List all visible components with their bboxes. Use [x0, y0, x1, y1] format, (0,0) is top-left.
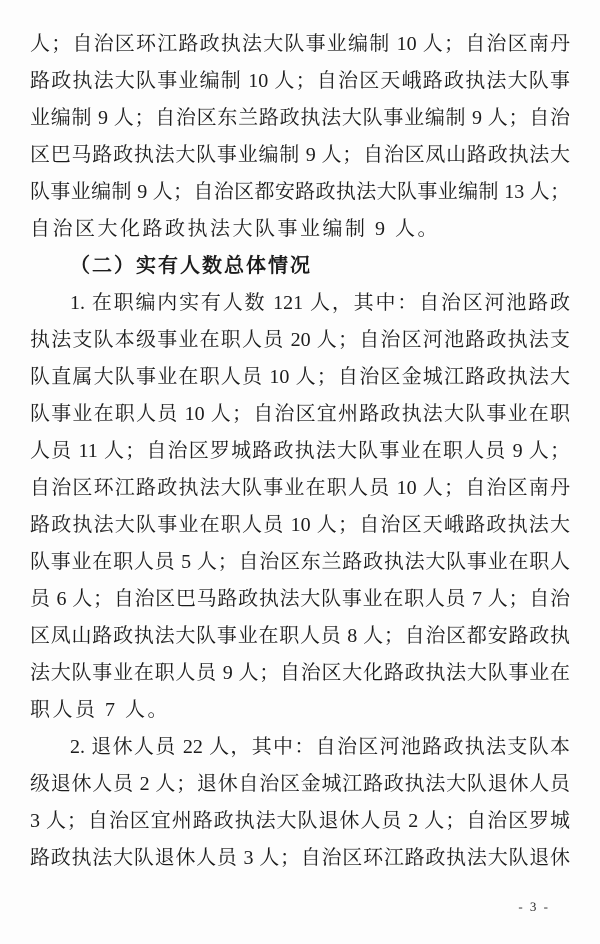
text-line: 员 6 人；自治区巴马路政执法大队事业在职人员 7 人；自治	[30, 581, 570, 618]
text-line: 队事业在职人员 10 人；自治区宜州路政执法大队事业在职	[30, 396, 570, 433]
text-line: 路政执法大队事业编制 10 人；自治区天峨路政执法大队事	[30, 63, 570, 100]
document-page: 人；自治区环江路政执法大队事业编制 10 人；自治区南丹路政执法大队事业编制 1…	[0, 0, 600, 944]
text-line: 人；自治区环江路政执法大队事业编制 10 人；自治区南丹	[30, 26, 570, 63]
text-line: 队事业编制 9 人；自治区都安路政执法大队事业编制 13 人；	[30, 174, 570, 211]
text-line: 路政执法大队退休人员 3 人；自治区环江路政执法大队退休	[30, 840, 570, 877]
text-line: 2. 退休人员 22 人，其中：自治区河池路政执法支队本	[30, 729, 570, 766]
text-line: 职人员 7 人。	[30, 692, 570, 729]
text-line: 业编制 9 人；自治区东兰路政执法大队事业编制 9 人；自治	[30, 100, 570, 137]
text-line: 自治区大化路政执法大队事业编制 9 人。	[30, 211, 570, 248]
text-line: 区凤山路政执法大队事业在职人员 8 人；自治区都安路政执	[30, 618, 570, 655]
text-line: 3 人；自治区宜州路政执法大队退休人员 2 人；自治区罗城	[30, 803, 570, 840]
text-line: 人员 11 人；自治区罗城路政执法大队事业在职人员 9 人；	[30, 433, 570, 470]
document-body: 人；自治区环江路政执法大队事业编制 10 人；自治区南丹路政执法大队事业编制 1…	[30, 26, 570, 877]
page-number: - 3 -	[518, 899, 550, 915]
text-line: 自治区环江路政执法大队事业在职人员 10 人；自治区南丹	[30, 470, 570, 507]
section-heading: （二）实有人数总体情况	[30, 248, 570, 285]
text-line: 1. 在职编内实有人数 121 人，其中：自治区河池路政	[30, 285, 570, 322]
text-line: 执法支队本级事业在职人员 20 人；自治区河池路政执法支	[30, 322, 570, 359]
text-line: 队直属大队事业在职人员 10 人；自治区金城江路政执法大	[30, 359, 570, 396]
text-line: 区巴马路政执法大队事业编制 9 人；自治区凤山路政执法大	[30, 137, 570, 174]
text-line: 法大队事业在职人员 9 人；自治区大化路政执法大队事业在	[30, 655, 570, 692]
text-line: 队事业在职人员 5 人；自治区东兰路政执法大队事业在职人	[30, 544, 570, 581]
text-line: 级退休人员 2 人；退休自治区金城江路政执法大队退休人员	[30, 766, 570, 803]
text-line: 路政执法大队事业在职人员 10 人；自治区天峨路政执法大	[30, 507, 570, 544]
